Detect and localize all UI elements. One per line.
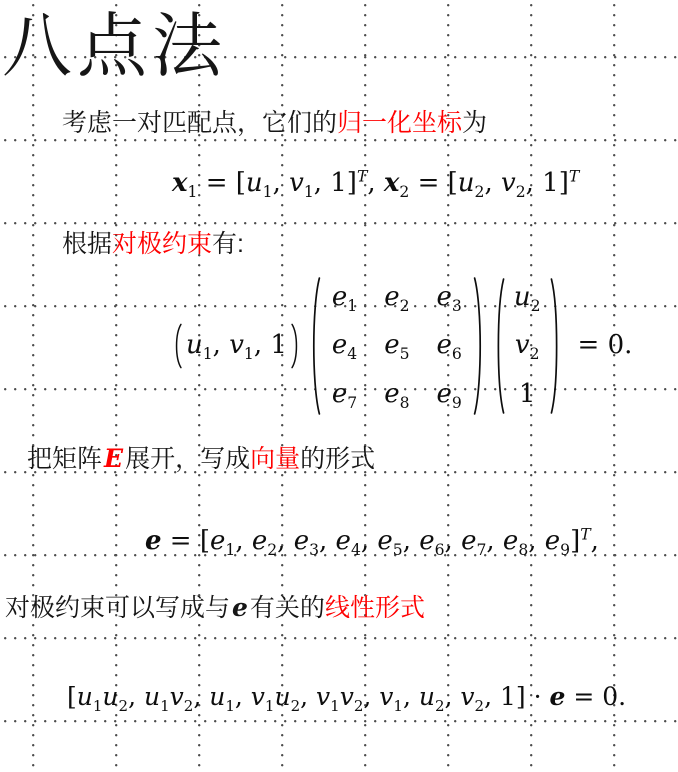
math-token: e xyxy=(437,330,452,360)
right-paren xyxy=(472,276,486,416)
math-token: 1 xyxy=(93,697,103,715)
math-token: 2 xyxy=(435,697,445,715)
math-token: 3 xyxy=(452,297,462,315)
math-token: 1 xyxy=(225,541,235,559)
math-token: , xyxy=(361,526,378,556)
math-token: e xyxy=(252,526,267,556)
math-token: , xyxy=(273,168,290,198)
math-token: 2 xyxy=(400,297,410,315)
math-token: = 0. xyxy=(565,682,626,711)
math-token: , xyxy=(235,526,252,556)
formula-vector-e: e = [e1, e2, e3, e4, e5, e6, e7, e8, e9]… xyxy=(145,526,599,557)
math-token: 1 xyxy=(304,183,314,201)
math-token: e xyxy=(384,330,399,360)
math-token: 1 xyxy=(393,697,403,715)
math-token: v xyxy=(289,168,304,198)
math-token: , xyxy=(445,526,462,556)
math-token: 9 xyxy=(560,541,570,559)
math-token: 9 xyxy=(452,394,462,412)
math-token: , xyxy=(486,526,503,556)
math-token: [ xyxy=(67,682,77,711)
vector-cell: v2 xyxy=(515,330,540,361)
math-token: 1 xyxy=(519,379,536,409)
math-token: , xyxy=(363,682,379,711)
math-token: e xyxy=(145,526,162,556)
math-token: = [ xyxy=(409,168,457,198)
math-token: 2 xyxy=(184,697,194,715)
math-token: 7 xyxy=(347,394,357,412)
math-token: 5 xyxy=(393,541,403,559)
math-token: , xyxy=(213,330,230,360)
math-token: , xyxy=(235,682,251,711)
math-token: e xyxy=(294,526,309,556)
text-segment: 对极约束可以写成与 xyxy=(5,594,230,622)
math-token: 2 xyxy=(531,297,541,315)
math-token: , xyxy=(277,526,294,556)
math-token: 1 xyxy=(263,183,273,201)
row-vector: u1, v1, 1 xyxy=(172,323,301,369)
math-token: , xyxy=(528,526,545,556)
math-token: u xyxy=(274,682,290,711)
math-token: x xyxy=(384,168,400,198)
math-token: u xyxy=(514,282,531,312)
math-token: 7 xyxy=(476,541,486,559)
math-token: v xyxy=(229,330,244,360)
matrix-E-symbol: E xyxy=(102,444,125,473)
math-token: e xyxy=(332,379,347,409)
math-token: e xyxy=(545,526,560,556)
left-paren xyxy=(493,277,506,415)
math-token: e xyxy=(549,682,565,711)
essential-matrix: e1 e2 e3 e4 e5 e6 e7 e8 e9 xyxy=(308,272,486,420)
math-token: , xyxy=(484,168,501,198)
math-token: , xyxy=(403,526,420,556)
paragraph-expand-matrix: 把矩阵E展开，写成向量的形式 xyxy=(27,443,375,476)
math-token: 8 xyxy=(400,394,410,412)
math-token: 2 xyxy=(291,697,301,715)
math-token: ] xyxy=(570,526,580,556)
matrix-cell: e2 xyxy=(384,282,409,313)
math-token: 1 xyxy=(347,297,357,315)
math-token: e xyxy=(419,526,434,556)
math-token: u xyxy=(144,682,160,711)
math-token: = [ xyxy=(197,168,245,198)
math-token: u xyxy=(458,168,475,198)
math-token: = [ xyxy=(162,526,210,556)
math-token: e xyxy=(503,526,518,556)
math-token: 2 xyxy=(516,183,526,201)
math-token: 6 xyxy=(435,541,445,559)
math-token: 1 xyxy=(244,346,254,364)
math-token: u xyxy=(186,330,203,360)
highlight-epipolar-constraint: 对极约束 xyxy=(112,230,212,258)
math-token: 2 xyxy=(119,697,129,715)
text-segment: 考虑一对匹配点，它们的 xyxy=(62,109,337,137)
matrix-cell: e8 xyxy=(384,379,409,410)
math-token: e xyxy=(336,526,351,556)
matrix-entries: e1 e2 e3 e4 e5 e6 e7 e8 e9 xyxy=(322,272,472,420)
paragraph-linear-form: 对极约束可以写成与e有关的线性形式 xyxy=(5,592,425,625)
right-paren xyxy=(290,323,301,369)
math-token: v xyxy=(251,682,265,711)
text-segment: 把矩阵 xyxy=(27,445,102,473)
text-segment: 的形式 xyxy=(300,445,375,473)
math-token: 1 xyxy=(225,697,235,715)
matrix-cell: e5 xyxy=(384,330,409,361)
math-token: u xyxy=(246,168,263,198)
math-token: v xyxy=(170,682,184,711)
math-token: v xyxy=(515,330,530,360)
math-token: 2 xyxy=(267,541,277,559)
math-token: T xyxy=(569,167,579,185)
math-token: 3 xyxy=(309,541,319,559)
column-vector-entries: u2 v2 1 xyxy=(506,272,549,420)
math-token: , 1 xyxy=(254,330,287,360)
math-token: , xyxy=(193,682,209,711)
math-token: v xyxy=(501,168,516,198)
math-token: v xyxy=(316,682,330,711)
math-token: 1 xyxy=(188,183,198,201)
math-token: T xyxy=(580,525,590,543)
math-token: 1 xyxy=(160,697,170,715)
math-token: e xyxy=(377,526,392,556)
vector-e-symbol: e xyxy=(230,593,250,622)
math-token: 8 xyxy=(518,541,528,559)
vector-cell: u2 xyxy=(514,282,541,313)
math-token: 2 xyxy=(530,346,540,364)
row-vector-entries: u1, v1, 1 xyxy=(183,330,290,361)
math-token: v xyxy=(460,682,474,711)
math-token: e xyxy=(461,526,476,556)
math-token: = 0. xyxy=(578,330,633,360)
equation-epipolar-matrix: u1, v1, 1 e1 e2 e3 e4 e5 e6 e7 e8 e9 xyxy=(172,276,632,416)
math-token: , 1] xyxy=(526,168,569,198)
page-title: 八点法 xyxy=(2,6,227,87)
math-token: 4 xyxy=(351,541,361,559)
left-paren xyxy=(172,323,183,369)
math-token: 2 xyxy=(399,183,409,201)
highlight-linear-form: 线性形式 xyxy=(325,594,425,622)
matrix-cell: e3 xyxy=(437,282,462,313)
math-token: e xyxy=(332,330,347,360)
math-token: 2 xyxy=(475,183,485,201)
text-segment: 有: xyxy=(212,230,244,258)
math-token: , xyxy=(319,526,336,556)
math-token: 2 xyxy=(354,697,364,715)
text-segment: 根据 xyxy=(62,230,112,258)
math-token: , xyxy=(128,682,144,711)
math-token: u xyxy=(419,682,435,711)
math-token: u xyxy=(77,682,93,711)
math-token: u xyxy=(102,682,118,711)
math-token: e xyxy=(384,379,399,409)
math-token: , xyxy=(403,682,419,711)
matrix-cell: e7 xyxy=(332,379,357,410)
left-paren xyxy=(308,276,322,416)
math-token: 4 xyxy=(347,346,357,364)
matrix-cell: e4 xyxy=(332,330,357,361)
math-token: x xyxy=(172,168,188,198)
math-token: 2 xyxy=(475,697,485,715)
matrix-cell: e1 xyxy=(332,282,357,313)
math-token: , xyxy=(300,682,316,711)
math-token: v xyxy=(340,682,354,711)
slide-page: 八点法 考虑一对匹配点，它们的归一化坐标为 x1 = [u1, v1, 1]T,… xyxy=(0,0,678,772)
math-token: e xyxy=(437,379,452,409)
text-segment: 为 xyxy=(462,109,487,137)
math-token: u xyxy=(209,682,225,711)
math-token: 5 xyxy=(400,346,410,364)
math-token: , xyxy=(367,168,384,198)
math-token: 1 xyxy=(203,346,213,364)
math-token: , xyxy=(445,682,461,711)
math-token: e xyxy=(210,526,225,556)
paragraph-matched-points: 考虑一对匹配点，它们的归一化坐标为 xyxy=(62,107,487,140)
math-token: , 1] xyxy=(314,168,357,198)
highlight-vector: 向量 xyxy=(250,445,300,473)
math-token: e xyxy=(384,282,399,312)
formula-normalized-coordinates: x1 = [u1, v1, 1]T, x2 = [u2, v2, 1]T xyxy=(172,168,579,199)
formula-linear-constraint: [u1u2, u1v2, u1, v1u2, v1v2, v1, u2, v2,… xyxy=(67,682,626,712)
math-token: T xyxy=(357,167,367,185)
highlight-normalized-coordinates: 归一化坐标 xyxy=(337,109,462,137)
math-token: , 1] · xyxy=(484,682,549,711)
vector-cell: 1 xyxy=(519,379,536,410)
matrix-cell: e6 xyxy=(437,330,462,361)
equals-zero: = 0. xyxy=(578,330,633,361)
math-token: 1 xyxy=(330,697,340,715)
right-paren xyxy=(549,277,562,415)
paragraph-epipolar-constraint: 根据对极约束有: xyxy=(62,228,244,261)
math-token: 6 xyxy=(452,346,462,364)
matrix-cell: e9 xyxy=(437,379,462,410)
text-segment: 展开，写成 xyxy=(125,445,250,473)
math-token: e xyxy=(437,282,452,312)
math-token: v xyxy=(379,682,393,711)
text-segment: 有关的 xyxy=(250,594,325,622)
math-token: , xyxy=(591,526,599,556)
column-vector: u2 v2 1 xyxy=(493,272,562,420)
math-token: e xyxy=(332,282,347,312)
